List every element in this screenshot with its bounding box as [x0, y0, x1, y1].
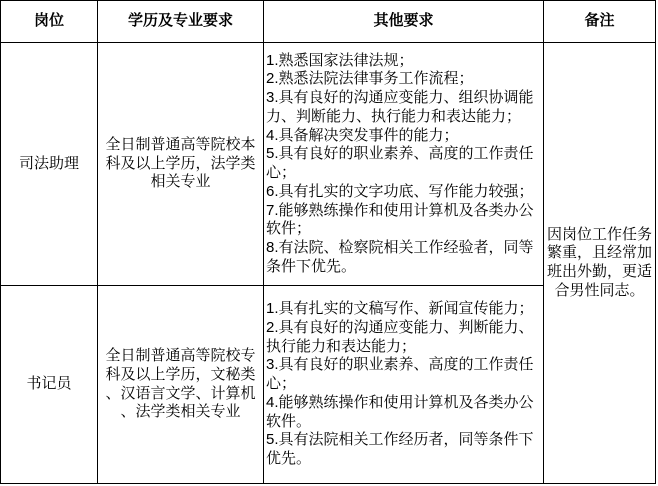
requirement-item: 1.熟悉国家法律法规；: [266, 52, 541, 71]
header-other-requirements: 其他要求: [264, 1, 544, 43]
header-education: 学历及专业要求: [98, 1, 264, 43]
requirement-item: 4.具备解决突发事件的能力；: [266, 127, 541, 146]
position-cell: 司法助理: [1, 43, 98, 286]
requirements-cell: 1.熟悉国家法律法规；2.熟悉法院法律事务工作流程；3.具有良好的沟通应变能力、…: [264, 43, 544, 286]
requirement-item: 2.具有良好的沟通应变能力、判断能力、执行能力和表达能力；: [266, 319, 541, 357]
requirement-item: 7.能够熟练操作和使用计算机及各类办公软件；: [266, 202, 541, 240]
requirement-item: 6.具有扎实的文字功底、写作能力较强；: [266, 183, 541, 202]
requirement-item: 1.具有扎实的文稿写作、新闻宣传能力；: [266, 300, 541, 319]
requirement-item: 5.具有法院相关工作经历者，同等条件下优先。: [266, 431, 541, 469]
requirement-item: 5.具有良好的职业素养、高度的工作责任心；: [266, 145, 541, 183]
requirement-item: 3.具有良好的职业素养、高度的工作责任心；: [266, 356, 541, 394]
header-position: 岗位: [1, 1, 98, 43]
requirement-item: 4.能够熟练操作和使用计算机及各类办公软件。: [266, 394, 541, 432]
education-cell: 全日制普通高等院校本科及以上学历，法学类相关专业: [98, 43, 264, 286]
position-cell: 书记员: [1, 286, 98, 484]
job-requirements-table: 岗位 学历及专业要求 其他要求 备注 司法助理 全日制普通高等院校本科及以上学历…: [0, 0, 656, 484]
requirement-item: 2.熟悉法院法律事务工作流程；: [266, 70, 541, 89]
requirement-item: 3.具有良好的沟通应变能力、组织协调能力、判断能力、执行能力和表达能力；: [266, 89, 541, 127]
requirements-cell: 1.具有扎实的文稿写作、新闻宣传能力；2.具有良好的沟通应变能力、判断能力、执行…: [264, 286, 544, 484]
requirement-item: 8.有法院、检察院相关工作经验者，同等条件下优先。: [266, 239, 541, 277]
header-remark: 备注: [544, 1, 656, 43]
education-cell: 全日制普通高等院校专科及以上学历，文秘类、汉语言文学、计算机、法学类相关专业: [98, 286, 264, 484]
table-row-judicial-assistant: 司法助理 全日制普通高等院校本科及以上学历，法学类相关专业 1.熟悉国家法律法规…: [1, 43, 656, 286]
header-row: 岗位 学历及专业要求 其他要求 备注: [1, 1, 656, 43]
remark-cell: 因岗位工作任务繁重，且经常加班出外勤，更适合男性同志。: [544, 43, 656, 484]
